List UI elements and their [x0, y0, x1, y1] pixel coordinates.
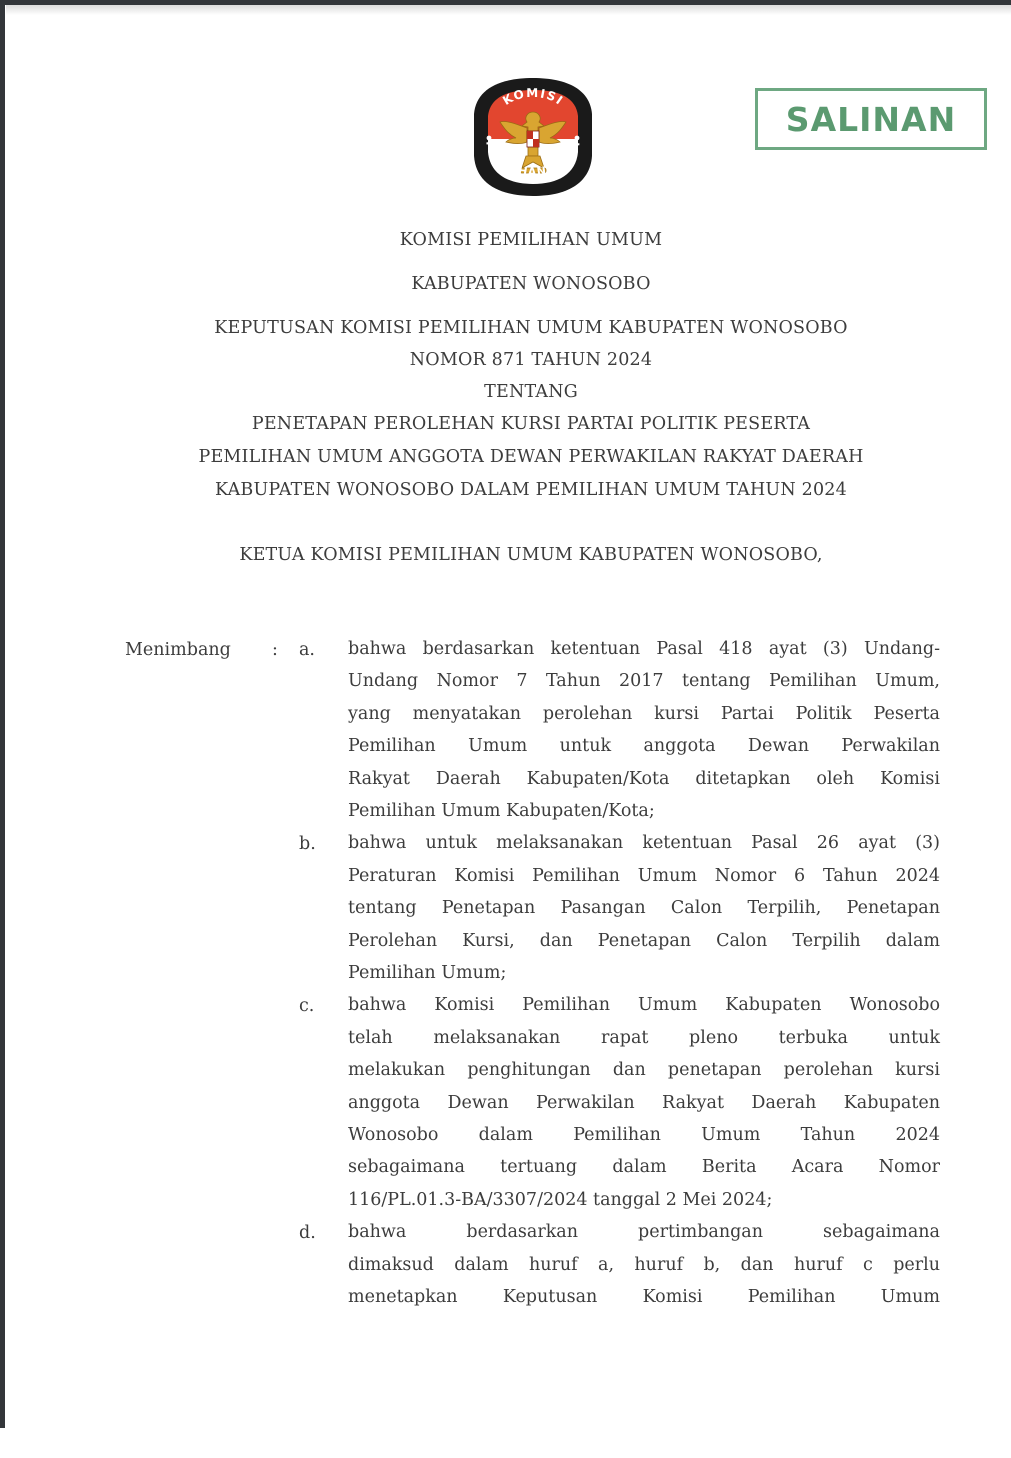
item-letter: b. — [299, 834, 316, 854]
item-letter: c. — [299, 996, 314, 1016]
text-line: yang menyatakan perolehan kursi Partai P… — [348, 698, 940, 730]
text-line: tentang Penetapan Pasangan Calon Terpili… — [348, 892, 940, 924]
text-line: bahwa berdasarkan ketentuan Pasal 418 ay… — [348, 633, 940, 665]
text-line: bahwa Komisi Pemilihan Umum Kabupaten Wo… — [348, 989, 940, 1021]
text-line: bahwa berdasarkan pertimbangan sebagaima… — [348, 1216, 940, 1248]
text-line: 116/PL.01.3-BA/3307/2024 tanggal 2 Mei 2… — [348, 1184, 940, 1216]
salinan-stamp: SALINAN — [755, 88, 987, 150]
text-line: sebagaimana tertuang dalam Berita Acara … — [348, 1151, 940, 1183]
text-line: dimaksud dalam huruf a, huruf b, dan hur… — [348, 1249, 940, 1281]
institution-heading: KOMISI PEMILIHAN UMUM — [0, 230, 1011, 250]
decision-number: NOMOR 871 TAHUN 2024 — [0, 350, 1011, 370]
text-line: Rakyat Daerah Kabupaten/Kota ditetapkan … — [348, 763, 940, 795]
text-line: melakukan penghitungan dan penetapan per… — [348, 1054, 940, 1086]
text-line: Perolehan Kursi, dan Penetapan Calon Ter… — [348, 925, 940, 957]
subject-line-3: KABUPATEN WONOSOBO DALAM PEMILIHAN UMUM … — [0, 480, 1011, 500]
considering-item-text: bahwa untuk melaksanakan ketentuan Pasal… — [348, 827, 940, 989]
considering-label: Menimbang — [125, 640, 231, 660]
region-heading: KABUPATEN WONOSOBO — [0, 274, 1011, 294]
item-letter: d. — [299, 1223, 316, 1243]
considering-item-text: bahwa berdasarkan pertimbangan sebagaima… — [348, 1216, 940, 1313]
subject-line-2: PEMILIHAN UMUM ANGGOTA DEWAN PERWAKILAN … — [0, 447, 1011, 467]
considering-colon: : — [272, 640, 278, 660]
item-letter: a. — [299, 640, 315, 660]
about-label: TENTANG — [0, 382, 1011, 402]
text-line: anggota Dewan Perwakilan Rakyat Daerah K… — [348, 1087, 940, 1119]
text-line: telah melaksanakan rapat pleno terbuka u… — [348, 1022, 940, 1054]
considering-item-text: bahwa Komisi Pemilihan Umum Kabupaten Wo… — [348, 989, 940, 1216]
subject-line-1: PENETAPAN PEROLEHAN KURSI PARTAI POLITIK… — [0, 414, 1011, 434]
text-line: Pemilihan Umum; — [348, 957, 940, 989]
signatory-heading: KETUA KOMISI PEMILIHAN UMUM KABUPATEN WO… — [0, 545, 1011, 565]
decision-title: KEPUTUSAN KOMISI PEMILIHAN UMUM KABUPATE… — [0, 318, 1011, 338]
text-line: Peraturan Komisi Pemilihan Umum Nomor 6 … — [348, 860, 940, 892]
considering-item-text: bahwa berdasarkan ketentuan Pasal 418 ay… — [348, 633, 940, 827]
text-line: Pemilihan Umum Kabupaten/Kota; — [348, 795, 940, 827]
text-line: Undang Nomor 7 Tahun 2017 tentang Pemili… — [348, 665, 940, 697]
kpu-garuda-emblem-icon: KOMISI PEMILIHAN UMUM — [472, 76, 594, 198]
text-line: menetapkan Keputusan Komisi Pemilihan Um… — [348, 1281, 940, 1313]
text-line: Pemilihan Umum untuk anggota Dewan Perwa… — [348, 730, 940, 762]
text-line: bahwa untuk melaksanakan ketentuan Pasal… — [348, 827, 940, 859]
text-line: Wonosobo dalam Pemilihan Umum Tahun 2024 — [348, 1119, 940, 1151]
